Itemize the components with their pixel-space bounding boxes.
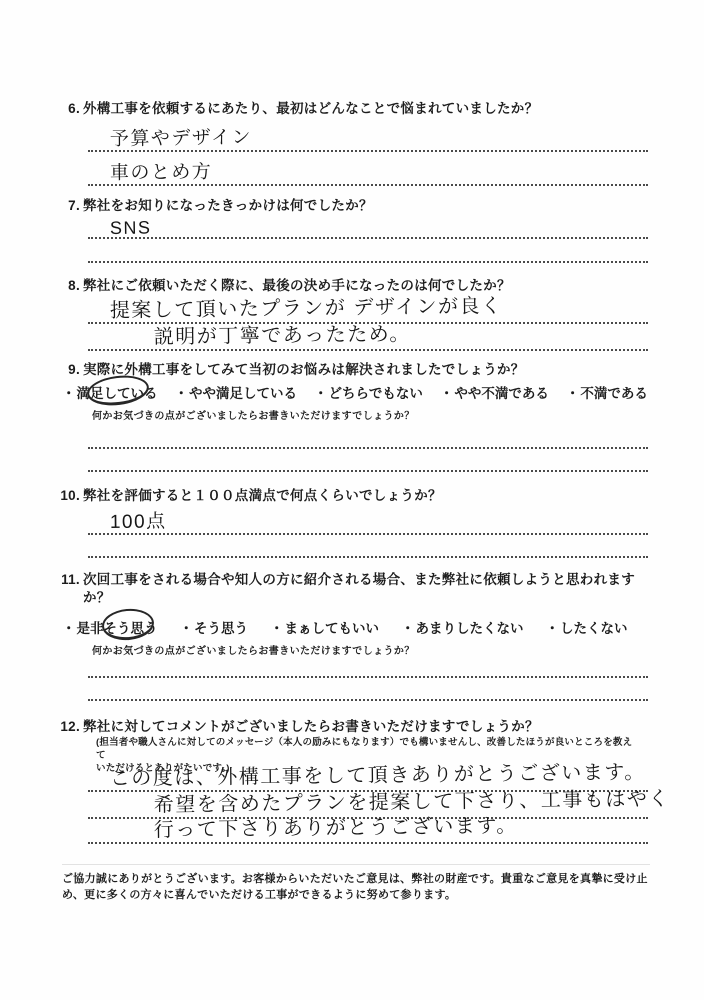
option-neutral: ・ どちらでもない [314,382,423,402]
footer-thankyou-text: ご協力誠にありがとうございます。お客様からいただいたご意見は、弊社の財産です。貴… [62,871,654,903]
answer-line-empty [88,678,648,701]
question-10-answers: 100点 [88,505,652,558]
option-label: 是非そう思う [77,617,158,637]
option-label: まぁしてもいい [285,617,380,637]
question-7-heading: 7. 弊社をお知りになったきっかけは何でしたか？ [60,197,652,215]
option-maybe: ・ まぁしてもいい [270,617,379,637]
question-number: 9. [60,361,80,379]
question-9-heading: 9. 実際に外構工事をしてみて当初のお悩みは解決されましたでしょうか？ [60,361,652,379]
option-label: そう思う [194,617,248,637]
handwritten-answer: 提案して頂いたプランが デザインが良く [110,296,503,322]
option-label: あまりしたくない [416,617,524,637]
question-text: 弊社を評価すると１００点満点で何点くらいでしょうか？ [83,487,442,505]
answer-line: 車のとめ方 [88,152,648,186]
bullet: ・ [566,382,580,402]
question-number: 6. [60,100,80,118]
question-12-answers: この度は、外構工事をして頂きありがとうございます。 希望を含めたプランを提案して… [88,762,652,844]
option-label: 満足している [77,382,158,402]
option-text: 満足している [77,386,158,401]
bullet: ・ [62,617,76,637]
answer-line: 予算やデザイン [88,118,648,152]
question-11-options: ・ 是非そう思う ・ そう思う ・ まぁしてもいい ・ あまりしたくない ・ し… [62,617,652,637]
question-12: 12. 弊社に対してコメントがございましたらお書きいただけますでしょうか？ (担… [60,718,652,844]
bullet: ・ [180,617,194,637]
answer-line-empty [88,535,648,558]
question-9-options: ・ 満足している ・ やや満足している ・ どちらでもない ・ やや不満である … [62,382,652,402]
question-6-heading: 6. 外構工事を依頼するにあたり、最初はどんなことで悩まれていましたか？ [60,100,652,118]
answer-line-empty [88,239,648,263]
answer-line: 提案して頂いたプランが デザインが良く [88,296,648,324]
handwritten-answer: 希望を含めたプランを提案して下さり、工事もはやく [110,789,670,817]
bullet: ・ [440,382,454,402]
option-label: やや不満である [454,382,549,402]
question-10-heading: 10. 弊社を評価すると１００点満点で何点くらいでしょうか？ [60,487,652,505]
answer-line: 行って下さりありがとうございます。 [88,819,648,844]
option-rather-not: ・ あまりしたくない [401,617,524,637]
subnote-line-1: (担当者や職人さんに対してのメッセージ（本人の励みにもなります）でも構いませんし… [96,737,632,761]
question-12-subnote: (担当者や職人さんに対してのメッセージ（本人の励みにもなります）でも構いませんし… [96,736,641,762]
handwritten-answer: SNS [110,218,152,237]
option-label: やや満足している [189,382,297,402]
question-7: 7. 弊社をお知りになったきっかけは何でしたか？ SNS [60,197,652,263]
question-8-answers: 提案して頂いたプランが デザインが良く 説明が丁寧であったため。 [88,296,652,351]
answer-line: 100点 [88,505,648,535]
question-12-heading: 12. 弊社に対してコメントがございましたらお書きいただけますでしょうか？ [60,718,652,736]
question-text: 弊社にご依頼いただく際に、最後の決め手になったのは何でしたか？ [83,277,511,295]
question-8: 8. 弊社にご依頼いただく際に、最後の決め手になったのは何でしたか？ 提案して頂… [60,277,652,350]
option-definitely: ・ 是非そう思う [62,617,158,637]
option-satisfied: ・ 満足している [62,382,158,402]
option-label: 不満である [580,382,648,402]
footer-divider [62,864,650,865]
question-9: 9. 実際に外構工事をしてみて当初のお悩みは解決されましたでしょうか？ ・ 満足… [60,361,652,472]
handwritten-answer: 車のとめ方 [110,163,213,184]
question-11-note: 何かお気づきの点がございましたらお書きいただけますでしょうか？ [92,645,652,658]
question-number: 7. [60,197,80,215]
answer-line-empty [88,658,648,678]
question-text: 弊社に対してコメントがございましたらお書きいただけますでしょうか？ [83,718,539,736]
option-somewhat-dissatisfied: ・ やや不満である [440,382,549,402]
handwritten-answer: この度は、外構工事をして頂きありがとうございます。 [110,762,646,790]
question-9-comment-lines [88,423,652,472]
question-text: 弊社をお知りになったきっかけは何でしたか？ [83,197,373,215]
handwritten-answer: 予算やデザイン [110,129,252,151]
scanned-survey-page: 6. 外構工事を依頼するにあたり、最初はどんなことで悩まれていましたか？ 予算や… [0,0,704,1000]
bullet: ・ [401,617,415,637]
bullet: ・ [62,382,76,402]
question-11-comment-lines [88,658,652,701]
bullet: ・ [175,382,189,402]
question-6-answers: 予算やデザイン 車のとめ方 [88,118,652,186]
question-number: 8. [60,277,80,295]
question-number: 11. [60,571,80,607]
bullet: ・ [546,617,560,637]
handwritten-answer: 説明が丁寧であったため。 [110,324,411,349]
answer-line: SNS [88,215,648,239]
option-think-so: ・ そう思う [180,617,249,637]
question-11: 11. 次回工事をされる場合や知人の方に紹介される場合、また弊社に依頼しようと思… [60,571,652,700]
option-dissatisfied: ・ 不満である [566,382,648,402]
question-text: 実際に外構工事をしてみて当初のお悩みは解決されましたでしょうか？ [83,361,525,379]
option-text: 是非そう思う [77,621,158,636]
option-label: したくない [560,617,628,637]
question-11-heading: 11. 次回工事をされる場合や知人の方に紹介される場合、また弊社に依頼しようと思… [60,571,652,607]
option-somewhat-satisfied: ・ やや満足している [175,382,298,402]
question-8-heading: 8. 弊社にご依頼いただく際に、最後の決め手になったのは何でしたか？ [60,277,652,295]
question-7-answers: SNS [88,215,652,263]
answer-line-empty [88,423,648,449]
answer-line: この度は、外構工事をして頂きありがとうございます。 [88,762,648,792]
question-10: 10. 弊社を評価すると１００点満点で何点くらいでしょうか？ 100点 [60,487,652,558]
answer-line-empty [88,449,648,472]
handwritten-answer: 行って下さりありがとうございます。 [110,816,518,842]
answer-line: 希望を含めたプランを提案して下さり、工事もはやく [88,792,648,819]
option-no: ・ したくない [546,617,628,637]
handwritten-answer: 100点 [110,512,167,533]
question-9-note: 何かお気づきの点がございましたらお書きいただけますでしょうか？ [92,410,652,423]
bullet: ・ [270,617,284,637]
question-text: 次回工事をされる場合や知人の方に紹介される場合、また弊社に依頼しようと思われます… [83,571,652,607]
question-number: 12. [60,718,80,736]
option-label: どちらでもない [329,382,423,402]
question-number: 10. [60,487,80,505]
question-6: 6. 外構工事を依頼するにあたり、最初はどんなことで悩まれていましたか？ 予算や… [60,100,652,186]
answer-line: 説明が丁寧であったため。 [88,324,648,351]
bullet: ・ [314,382,328,402]
question-text: 外構工事を依頼するにあたり、最初はどんなことで悩まれていましたか？ [83,100,538,118]
